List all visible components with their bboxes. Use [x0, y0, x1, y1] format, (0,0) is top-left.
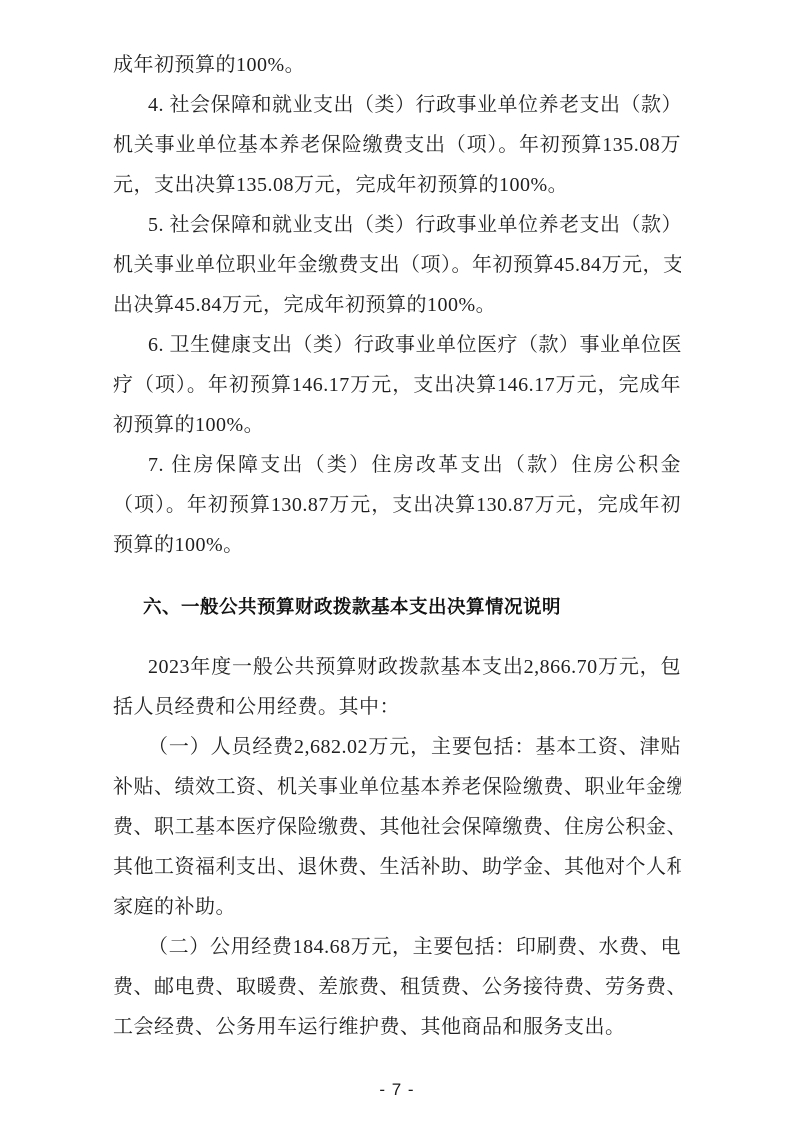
paragraph: 7. 住房保障支出（类）住房改革支出（款）住房公积金（项）。年初预算130.87… — [113, 445, 681, 565]
text-line: 6. 卫生健康支出（类）行政事业单位医疗（款）事业单位医 — [113, 325, 681, 365]
text-line: 工会经费、公务用车运行维护费、其他商品和服务支出。 — [113, 1007, 681, 1047]
text-line: （二）公用经费184.68万元，主要包括：印刷费、水费、电 — [113, 927, 681, 967]
text-line: （项）。年初预算130.87万元，支出决算130.87万元，完成年初 — [113, 485, 681, 525]
paragraph: （一）人员经费2,682.02万元，主要包括：基本工资、津贴补贴、绩效工资、机关… — [113, 727, 681, 927]
text-line: 2023年度一般公共预算财政拨款基本支出2,866.70万元，包 — [113, 647, 681, 687]
text-line: 费、邮电费、取暖费、差旅费、租赁费、公务接待费、劳务费、 — [113, 967, 681, 1007]
text-line: 成年初预算的100%。 — [113, 45, 681, 85]
text-line: 机关事业单位职业年金缴费支出（项）。年初预算45.84万元，支 — [113, 245, 681, 285]
text-line: 补贴、绩效工资、机关事业单位基本养老保险缴费、职业年金缴 — [113, 767, 681, 807]
paragraph: 6. 卫生健康支出（类）行政事业单位医疗（款）事业单位医疗（项）。年初预算146… — [113, 325, 681, 445]
document-body: 成年初预算的100%。4. 社会保障和就业支出（类）行政事业单位养老支出（款）机… — [113, 45, 681, 1047]
text-line: 预算的100%。 — [113, 525, 681, 565]
paragraph: 4. 社会保障和就业支出（类）行政事业单位养老支出（款）机关事业单位基本养老保险… — [113, 85, 681, 205]
text-line: 初预算的100%。 — [113, 405, 681, 445]
paragraph: 2023年度一般公共预算财政拨款基本支出2,866.70万元，包括人员经费和公用… — [113, 647, 681, 727]
paragraph: 5. 社会保障和就业支出（类）行政事业单位养老支出（款）机关事业单位职业年金缴费… — [113, 205, 681, 325]
text-line: 括人员经费和公用经费。其中： — [113, 687, 681, 727]
text-line: 疗（项）。年初预算146.17万元，支出决算146.17万元，完成年 — [113, 365, 681, 405]
heading-text: 六、一般公共预算财政拨款基本支出决算情况说明 — [113, 585, 681, 629]
text-line: 其他工资福利支出、退休费、生活补助、助学金、其他对个人和 — [113, 847, 681, 887]
text-line: 5. 社会保障和就业支出（类）行政事业单位养老支出（款） — [113, 205, 681, 245]
text-line: 4. 社会保障和就业支出（类）行政事业单位养老支出（款） — [113, 85, 681, 125]
page-number: - 7 - — [0, 1080, 794, 1100]
text-line: 7. 住房保障支出（类）住房改革支出（款）住房公积金 — [113, 445, 681, 485]
paragraph: （二）公用经费184.68万元，主要包括：印刷费、水费、电费、邮电费、取暖费、差… — [113, 927, 681, 1047]
section-heading: 六、一般公共预算财政拨款基本支出决算情况说明 — [113, 585, 681, 629]
text-line: 费、职工基本医疗保险缴费、其他社会保障缴费、住房公积金、 — [113, 807, 681, 847]
text-line: （一）人员经费2,682.02万元，主要包括：基本工资、津贴 — [113, 727, 681, 767]
document-page: 成年初预算的100%。4. 社会保障和就业支出（类）行政事业单位养老支出（款）机… — [0, 0, 794, 1123]
text-line: 出决算45.84万元，完成年初预算的100%。 — [113, 285, 681, 325]
text-line: 机关事业单位基本养老保险缴费支出（项）。年初预算135.08万 — [113, 125, 681, 165]
text-line: 家庭的补助。 — [113, 887, 681, 927]
text-line: 元，支出决算135.08万元，完成年初预算的100%。 — [113, 165, 681, 205]
paragraph: 成年初预算的100%。 — [113, 45, 681, 85]
